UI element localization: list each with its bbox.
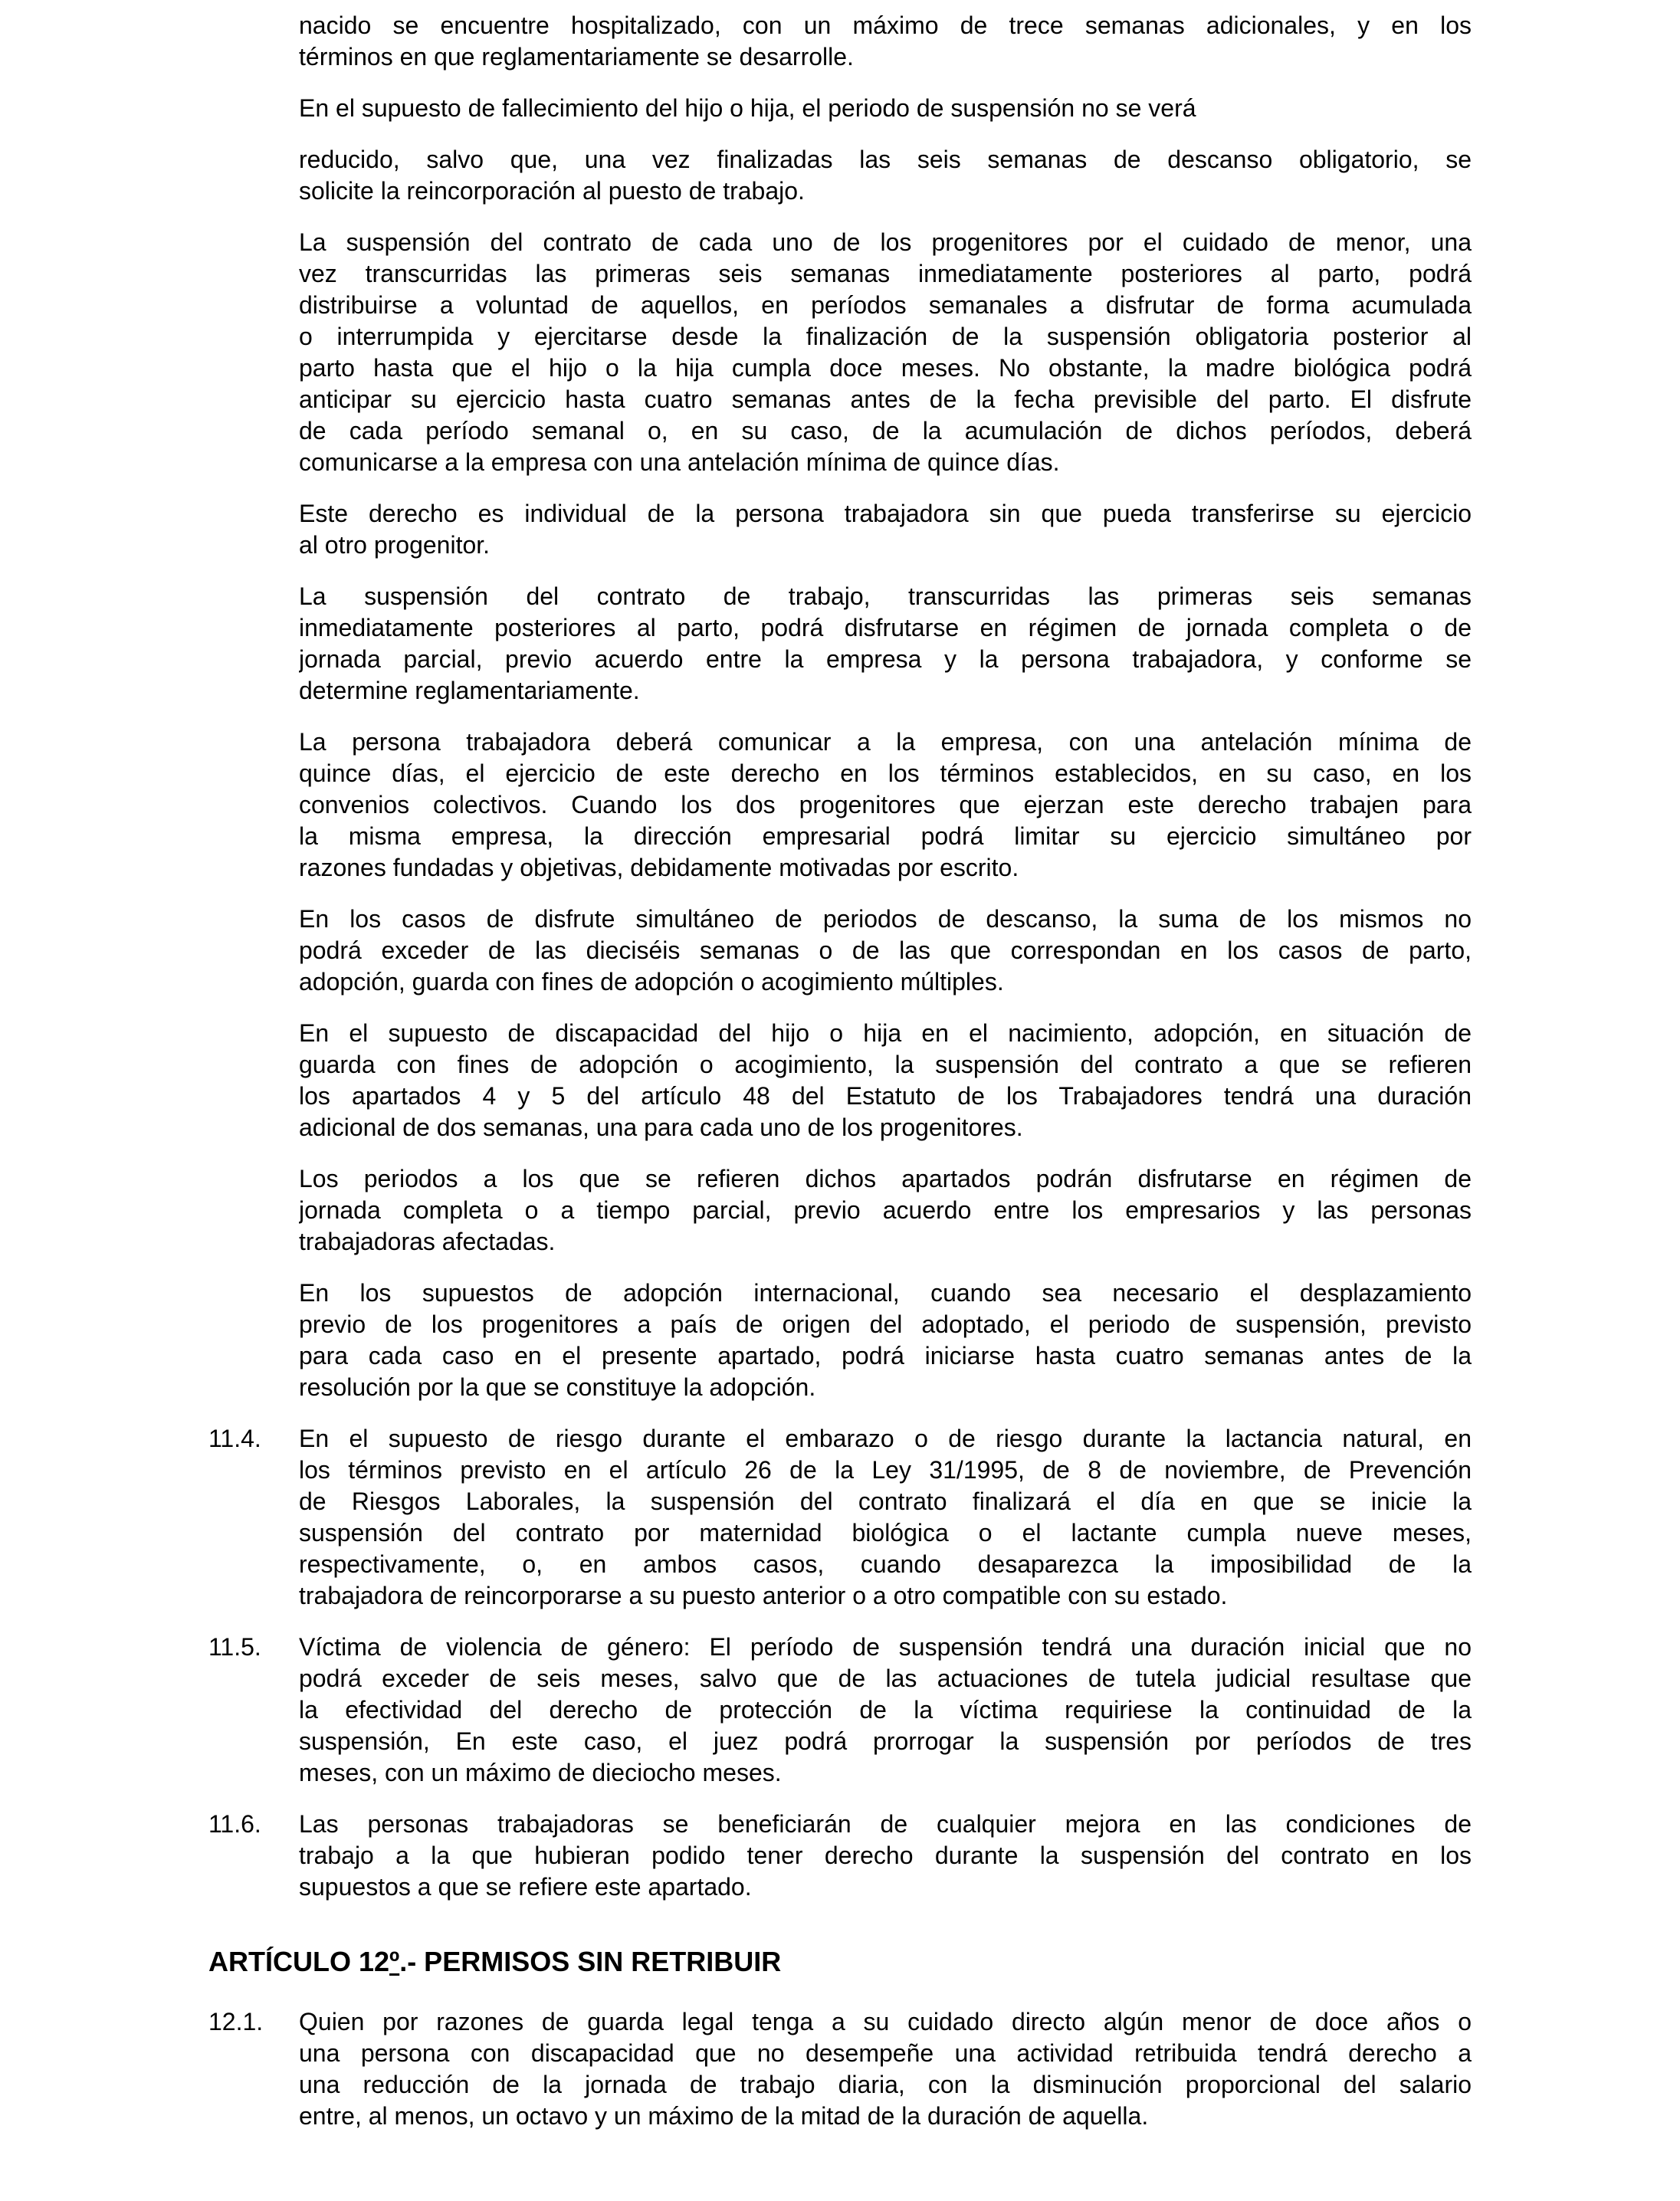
paragraph: La persona trabajadora deberá comunicar … (299, 727, 1472, 884)
text-line: Este derecho es individual de la persona… (299, 498, 1472, 530)
text-line: Quien por razones de guarda legal tenga … (299, 2006, 1472, 2038)
text-line: determine reglamentariamente. (299, 675, 1472, 707)
paragraph: La suspensión del contrato de cada uno d… (299, 227, 1472, 478)
text-line: Los periodos a los que se refieren dicho… (299, 1163, 1472, 1195)
clause-number: 11.5. (208, 1632, 261, 1663)
text-line: resolución por la que se constituye la a… (299, 1372, 1472, 1403)
paragraph: reducido, salvo que, una vez finalizadas… (299, 144, 1472, 207)
text-line: En el supuesto de riesgo durante el emba… (299, 1423, 1472, 1455)
text-line: La suspensión del contrato de trabajo, t… (299, 581, 1472, 612)
text-line: la efectividad del derecho de protección… (299, 1694, 1472, 1726)
text-line: al otro progenitor. (299, 530, 1472, 561)
text-line: parto hasta que el hijo o la hija cumpla… (299, 353, 1472, 384)
clause-number: 11.6. (208, 1809, 261, 1840)
paragraph: La suspensión del contrato de trabajo, t… (299, 581, 1472, 707)
numbered-clause: 11.4.En el supuesto de riesgo durante el… (299, 1423, 1472, 1612)
text-line: podrá exceder de las dieciséis semanas o… (299, 935, 1472, 966)
text-line: Víctima de violencia de género: El perío… (299, 1632, 1472, 1663)
text-line: La persona trabajadora deberá comunicar … (299, 727, 1472, 758)
text-line: solicite la reincorporación al puesto de… (299, 175, 1472, 207)
text-line: la misma empresa, la dirección empresari… (299, 821, 1472, 852)
paragraph: En los supuestos de adopción internacion… (299, 1278, 1472, 1403)
text-line: entre, al menos, un octavo y un máximo d… (299, 2101, 1472, 2132)
article-heading: ARTÍCULO 12º.- PERMISOS SIN RETRIBUIR (208, 1946, 1472, 1977)
ordinal-indicator: º (389, 1946, 399, 1977)
text-line: términos en que reglamentariamente se de… (299, 41, 1472, 73)
document-page: nacido se encuentre hospitalizado, con u… (0, 0, 1680, 2201)
clause-number: 12.1. (208, 2006, 263, 2038)
text-line: inmediatamente posteriores al parto, pod… (299, 612, 1472, 644)
paragraph: nacido se encuentre hospitalizado, con u… (299, 10, 1472, 73)
text-line: podrá exceder de seis meses, salvo que d… (299, 1663, 1472, 1694)
text-line: nacido se encuentre hospitalizado, con u… (299, 10, 1472, 41)
document-page-content: nacido se encuentre hospitalizado, con u… (299, 10, 1472, 2152)
text-line: jornada completa o a tiempo parcial, pre… (299, 1195, 1472, 1226)
text-line: vez transcurridas las primeras seis sema… (299, 258, 1472, 290)
text-line: trabajadora de reincorporarse a su puest… (299, 1580, 1472, 1612)
text-line: La suspensión del contrato de cada uno d… (299, 227, 1472, 258)
text-line: Las personas trabajadoras se beneficiará… (299, 1809, 1472, 1840)
text-line: convenios colectivos. Cuando los dos pro… (299, 789, 1472, 821)
text-line: respectivamente, o, en ambos casos, cuan… (299, 1549, 1472, 1580)
text-line: una reducción de la jornada de trabajo d… (299, 2069, 1472, 2101)
paragraph: Este derecho es individual de la persona… (299, 498, 1472, 561)
text-line: En los supuestos de adopción internacion… (299, 1278, 1472, 1309)
text-line: una persona con discapacidad que no dese… (299, 2038, 1472, 2069)
text-line: En el supuesto de fallecimiento del hijo… (299, 93, 1472, 124)
paragraph: En el supuesto de discapacidad del hijo … (299, 1018, 1472, 1143)
text-line: reducido, salvo que, una vez finalizadas… (299, 144, 1472, 175)
text-line: quince días, el ejercicio de este derech… (299, 758, 1472, 789)
text-line: jornada parcial, previo acuerdo entre la… (299, 644, 1472, 675)
text-line: adopción, guarda con fines de adopción o… (299, 966, 1472, 998)
numbered-clause: 11.6.Las personas trabajadoras se benefi… (299, 1809, 1472, 1903)
text-line: o interrumpida y ejercitarse desde la fi… (299, 321, 1472, 353)
text-line: adicional de dos semanas, una para cada … (299, 1112, 1472, 1143)
paragraph: Los periodos a los que se refieren dicho… (299, 1163, 1472, 1258)
text-line: supuestos a que se refiere este apartado… (299, 1871, 1472, 1903)
text-line: En el supuesto de discapacidad del hijo … (299, 1018, 1472, 1049)
text-line: comunicarse a la empresa con una antelac… (299, 447, 1472, 478)
text-line: En los casos de disfrute simultáneo de p… (299, 904, 1472, 935)
text-line: anticipar su ejercicio hasta cuatro sema… (299, 384, 1472, 415)
text-line: meses, con un máximo de dieciocho meses. (299, 1757, 1472, 1789)
numbered-clause: 12.1.Quien por razones de guarda legal t… (299, 2006, 1472, 2132)
text-line: los apartados 4 y 5 del artículo 48 del … (299, 1081, 1472, 1112)
text-line: suspensión del contrato por maternidad b… (299, 1517, 1472, 1549)
text-line: distribuirse a voluntad de aquellos, en … (299, 290, 1472, 321)
text-line: de Riesgos Laborales, la suspensión del … (299, 1486, 1472, 1517)
text-line: trabajadoras afectadas. (299, 1226, 1472, 1258)
text-line: razones fundadas y objetivas, debidament… (299, 852, 1472, 884)
numbered-clause: 11.5.Víctima de violencia de género: El … (299, 1632, 1472, 1789)
text-line: suspensión, En este caso, el juez podrá … (299, 1726, 1472, 1757)
paragraph: En el supuesto de fallecimiento del hijo… (299, 93, 1472, 124)
text-line: de cada período semanal o, en su caso, d… (299, 415, 1472, 447)
text-line: guarda con fines de adopción o acogimien… (299, 1049, 1472, 1081)
text-line: los términos previsto en el artículo 26 … (299, 1455, 1472, 1486)
clause-number: 11.4. (208, 1423, 261, 1455)
text-line: previo de los progenitores a país de ori… (299, 1309, 1472, 1340)
text-line: para cada caso en el presente apartado, … (299, 1340, 1472, 1372)
text-line: trabajo a la que hubieran podido tener d… (299, 1840, 1472, 1871)
paragraph: En los casos de disfrute simultáneo de p… (299, 904, 1472, 998)
